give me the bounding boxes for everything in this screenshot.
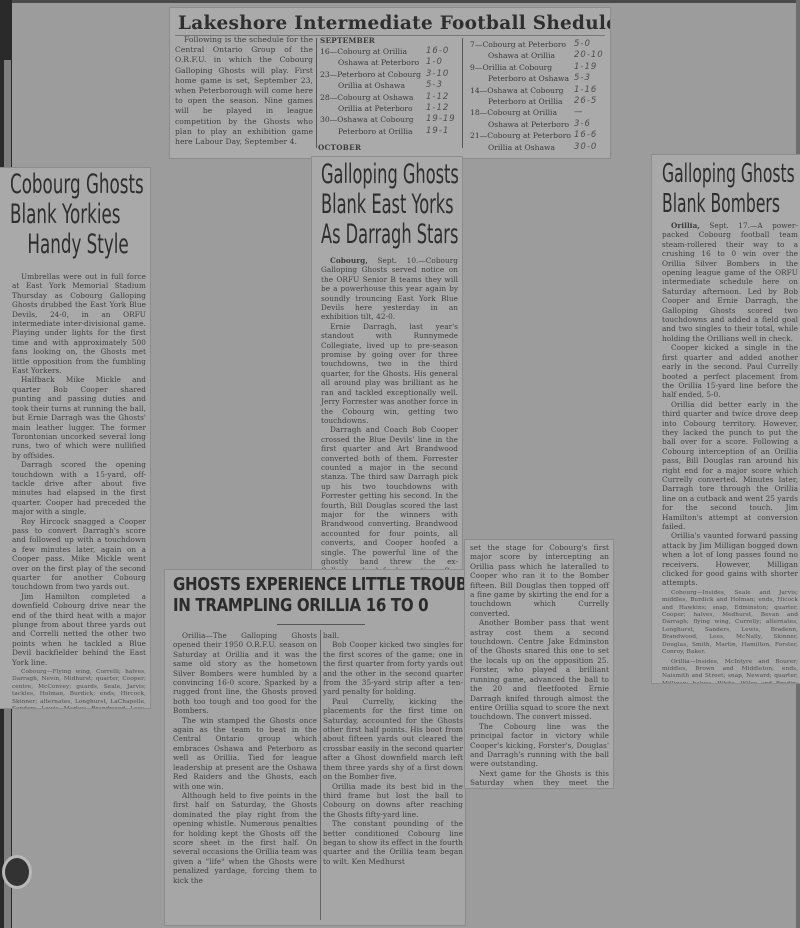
article-paragraph: Orillia's vaunted forward passing attack… <box>662 531 798 587</box>
handwritten-score: 1-0 <box>426 57 443 68</box>
article-blank-yorkies: Cobourg Ghosts Blank Yorkies Handy Style… <box>0 168 150 708</box>
article-paragraph: Orillia—The Galloping Ghosts opened thei… <box>173 631 317 716</box>
schedule-title: Lakeshore Intermediate Football Shedule <box>178 12 610 34</box>
article-paragraph: Umbrellas were out in full force at East… <box>12 272 146 375</box>
article-blank-bombers: Galloping Ghosts Blank Bombers Orillia, … <box>652 155 800 683</box>
handwritten-score: 1-12 <box>426 92 449 103</box>
headline: Cobourg Ghosts Blank Yorkies Handy Style <box>10 170 150 260</box>
game-label: 21—Cobourg at Peterboro <box>470 131 571 140</box>
handwritten-score: 5-3 <box>426 80 443 91</box>
october-games: 7—Cobourg at Peterboro5-0Oshawa at Orill… <box>470 39 610 153</box>
article-paragraph: ball. <box>323 631 463 640</box>
game-date: 7 <box>470 40 475 49</box>
game-label: 7—Cobourg at Peterboro <box>470 40 566 49</box>
article-paragraph: The constant pounding of the better cond… <box>323 819 463 866</box>
game-label: Peterboro at Oshawa <box>470 74 569 83</box>
game-label: Peterboro at Orillia <box>470 97 563 106</box>
article-trampling-orillia: GHOSTS EXPERIENCE LITTLE TROUBLE IN TRAM… <box>165 570 465 925</box>
schedule-clipping: Lakeshore Intermediate Football Shedule … <box>170 8 610 158</box>
article-paragraph: Roy Hircock snagged a Cooper pass to con… <box>12 517 146 592</box>
lineup-paragraph: Cobourg—Insides, Seale and Jarvis; middl… <box>662 590 798 657</box>
game-date: 9 <box>470 63 475 72</box>
article-paragraph: Although held to five points in the firs… <box>173 791 317 885</box>
article-paragraph: Halfback Mike Mickle and quarter Bob Coo… <box>12 375 146 460</box>
column-divider <box>462 38 463 148</box>
game-date: 14 <box>470 86 480 95</box>
game-date: 28 <box>320 93 330 102</box>
game-label: 30—Oshawa at Cobourg <box>320 115 413 124</box>
handwritten-score: 3-6 <box>574 119 591 130</box>
schedule-game: Peterboro at Oshawa5-3 <box>470 73 610 84</box>
article-paragraph: The Cobourg line was the principal facto… <box>470 722 609 769</box>
article-blank-east-yorks: Galloping Ghosts Blank East Yorks As Dar… <box>312 157 462 575</box>
article-column-3: set the stage for Cobourg's first major … <box>470 543 609 788</box>
schedule-game: 9—Orillia at Cobourg1-19 <box>470 62 610 73</box>
lineup-paragraph: Orillia—Insides, McIntyre and Bourer; mi… <box>662 659 798 684</box>
game-label: 9—Orillia at Cobourg <box>470 63 552 72</box>
headline-rule <box>277 624 365 625</box>
article-body: Cobourg, Sept. 10.—Cobourg Galloping Gho… <box>321 256 458 575</box>
handwritten-score: 30-0 <box>574 142 597 153</box>
handwritten-score: 5-0 <box>574 39 591 50</box>
article-paragraph: Orillia did better early in the third qu… <box>662 400 798 532</box>
game-label: Orillia at Oshawa <box>320 81 405 90</box>
month-label: OCTOBER <box>318 143 361 153</box>
game-label: Oshawa at Orillia <box>470 51 555 60</box>
headline: Galloping Ghosts Blank Bombers <box>662 159 800 219</box>
article-paragraph: Darragh scored the opening touchdown wit… <box>12 460 146 516</box>
month-label: SEPTEMBER <box>320 36 460 46</box>
schedule-game: Peterboro at Orillia26-5 <box>470 96 610 107</box>
handwritten-score: 16-0 <box>426 46 449 57</box>
article-paragraph: set the stage for Cobourg's first major … <box>470 543 609 618</box>
article-paragraph: Cooper kicked a single in the first quar… <box>662 343 798 399</box>
handwritten-score: 1-19 <box>574 62 597 73</box>
column-divider <box>316 38 317 148</box>
schedule-game: Orillia at Oshawa30-0 <box>470 142 610 153</box>
handwritten-score: 19-1 <box>426 126 449 137</box>
game-matchup: Orillia at Oshawa <box>338 81 405 90</box>
schedule-game: Oshawa at Peterboro1-0 <box>320 57 460 68</box>
schedule-game: 28—Cobourg at Oshawa1-12 <box>320 92 460 103</box>
game-matchup: Orillia at Peterboro <box>338 104 413 113</box>
article-paragraph: Next game for the Ghosts is this Saturda… <box>470 769 609 788</box>
game-date: 23 <box>320 70 330 79</box>
page-top-edge <box>0 0 800 3</box>
headline: Galloping Ghosts Blank East Yorks As Dar… <box>321 160 462 250</box>
schedule-game: 23—Peterboro at Cobourg3-10 <box>320 69 460 80</box>
schedule-game: 16—Cobourg at Orillia16-0 <box>320 46 460 57</box>
handwritten-score: 5-3 <box>574 73 591 84</box>
schedule-game: 14—Oshawa at Cobourg1-16 <box>470 85 610 96</box>
game-matchup: Oshawa at Peterboro <box>488 120 569 129</box>
schedule-game: 30—Oshawa at Cobourg19-19 <box>320 114 460 125</box>
game-matchup: Peterboro at Orillia <box>338 127 413 136</box>
article-paragraph: The win stamped the Ghosts once again as… <box>173 716 317 791</box>
handwritten-score: — <box>574 107 584 118</box>
schedule-intro: Following is the schedule for the Centra… <box>175 35 313 147</box>
article-body: Umbrellas were out in full force at East… <box>12 272 146 708</box>
schedule-game: Oshawa at Orillia20-10 <box>470 50 610 61</box>
game-matchup: Orillia at Cobourg <box>482 63 552 72</box>
game-matchup: Oshawa at Orillia <box>488 51 555 60</box>
game-matchup: Cobourg at Orillia <box>487 108 557 117</box>
article-trampling-orillia-continued: set the stage for Cobourg's first major … <box>465 540 613 788</box>
game-label: Orillia at Peterboro <box>320 104 413 113</box>
game-date: 30 <box>320 115 330 124</box>
schedule-game: Peterboro at Orillia19-1 <box>320 126 460 137</box>
schedule-game: Orillia at Peterboro1-12 <box>320 103 460 114</box>
game-matchup: Orillia at Oshawa <box>488 143 555 152</box>
handwritten-score: 16-6 <box>574 130 597 141</box>
headline: GHOSTS EXPERIENCE LITTLE TROUBLE IN TRAM… <box>173 575 465 617</box>
column-divider <box>320 630 321 920</box>
handwritten-score: 3-10 <box>426 69 449 80</box>
game-date: 21 <box>470 131 480 140</box>
schedule-game: 7—Cobourg at Peterboro5-0 <box>470 39 610 50</box>
game-label: 23—Peterboro at Cobourg <box>320 70 421 79</box>
game-matchup: Oshawa at Peterboro <box>338 58 419 67</box>
schedule-game: 21—Cobourg at Peterboro16-6 <box>470 130 610 141</box>
game-label: 16—Cobourg at Orillia <box>320 47 407 56</box>
game-matchup: Oshawa at Cobourg <box>487 86 563 95</box>
game-date: 16 <box>320 47 330 56</box>
article-body: Orillia, Sept. 17.—A power-packed Cobour… <box>662 221 798 683</box>
punch-hole-icon <box>5 858 29 886</box>
game-matchup: Peterboro at Oshawa <box>488 74 569 83</box>
game-matchup: Peterboro at Orillia <box>488 97 563 106</box>
schedule-game: Oshawa at Peterboro3-6 <box>470 119 610 130</box>
game-label: 14—Oshawa at Cobourg <box>470 86 563 95</box>
handwritten-score: 20-10 <box>574 50 604 61</box>
game-matchup: Peterboro at Cobourg <box>337 70 421 79</box>
article-column-2: ball.Bob Cooper kicked two singles for t… <box>323 631 463 866</box>
game-matchup: Cobourg at Peterboro <box>482 40 566 49</box>
game-label: Oshawa at Peterboro <box>320 58 419 67</box>
article-paragraph: Jim Hamilton completed a downfield Cobou… <box>12 592 146 667</box>
game-matchup: Cobourg at Orillia <box>337 47 407 56</box>
handwritten-score: 19-19 <box>426 114 456 125</box>
game-date: 18 <box>470 108 480 117</box>
game-label: Oshawa at Peterboro <box>470 120 569 129</box>
game-label: 18—Cobourg at Orillia <box>470 108 557 117</box>
article-paragraph: Orillia made its best bid in the third f… <box>323 782 463 820</box>
game-matchup: Cobourg at Oshawa <box>337 93 413 102</box>
game-label: 28—Cobourg at Oshawa <box>320 93 413 102</box>
handwritten-score: 1-16 <box>574 85 597 96</box>
article-paragraph: Paul Currelly, kicking the placements fo… <box>323 697 463 782</box>
lineup-paragraph: Cobourg—Flying wing, Correlli; halves, D… <box>12 669 146 708</box>
game-matchup: Cobourg at Peterboro <box>487 131 571 140</box>
game-matchup: Oshawa at Cobourg <box>337 115 413 124</box>
handwritten-score: 26-5 <box>574 96 597 107</box>
game-label: Orillia at Oshawa <box>470 143 555 152</box>
handwritten-score: 1-12 <box>426 103 449 114</box>
schedule-game: 18—Cobourg at Orillia— <box>470 107 610 118</box>
september-games: SEPTEMBER 16—Cobourg at Orillia16-0Oshaw… <box>320 36 460 137</box>
article-paragraph: Bob Cooper kicked two singles for the fi… <box>323 640 463 696</box>
article-paragraph: Another Bomber pass that went astray cos… <box>470 618 609 721</box>
article-column-1: Orillia—The Galloping Ghosts opened thei… <box>173 631 317 885</box>
schedule-game: Orillia at Oshawa5-3 <box>320 80 460 91</box>
game-label: Peterboro at Orillia <box>320 127 413 136</box>
